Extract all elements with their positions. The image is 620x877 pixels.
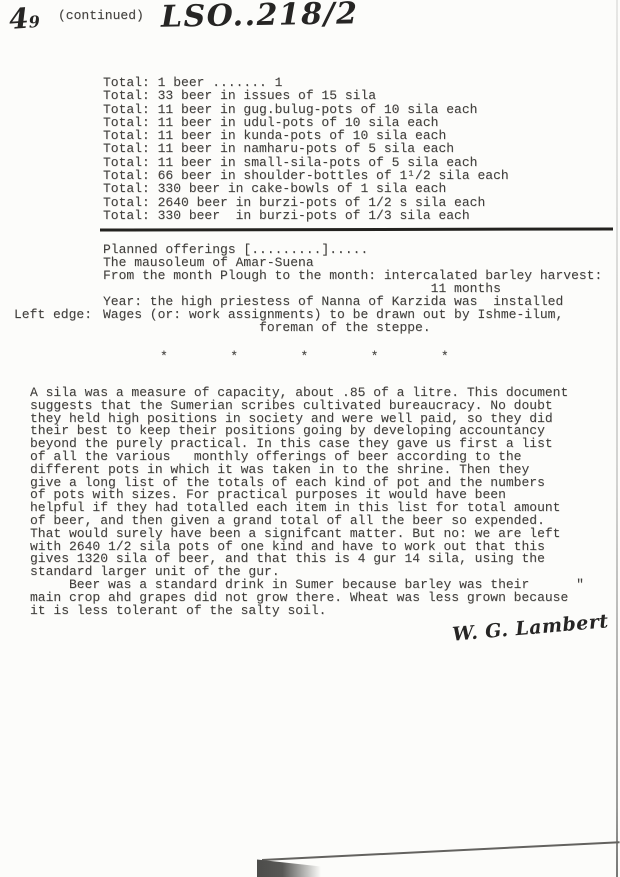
continued-label: (continued) — [58, 9, 144, 22]
scan-artifact-dark-blob — [257, 858, 321, 877]
asterisk-separator: * * * * * — [160, 350, 449, 363]
scan-paper-edge-line — [616, 0, 618, 877]
totals-line: Total: 11 beer in gug.bulug-pots of 10 s… — [103, 103, 509, 116]
offerings-line: foreman of the steppe. — [103, 321, 602, 334]
totals-line: Total: 66 beer in shoulder-bottles of 1¹… — [103, 169, 509, 182]
totals-line: Total: 11 beer in small-sila-pots of 5 s… — [103, 156, 509, 169]
left-edge-margin-note: Left edge: — [14, 308, 92, 321]
handwritten-page-number: 49 — [8, 1, 41, 36]
totals-line: Total: 11 beer in udul-pots of 10 sila e… — [103, 116, 509, 129]
horizontal-divider-line — [100, 227, 613, 231]
totals-line: Total: 2640 beer in burzi-pots of 1/2 s … — [103, 196, 509, 209]
totals-list: Total: 1 beer ....... 1 Total: 33 beer i… — [103, 76, 509, 222]
totals-line: Total: 330 beer in cake-bowls of 1 sila … — [103, 182, 509, 195]
totals-line: Total: 11 beer in namharu-pots of 5 sila… — [103, 142, 509, 155]
totals-line: Total: 330 beer in burzi-pots of 1/3 sil… — [103, 209, 509, 222]
commentary-text: A sila was a measure of capacity, about … — [30, 387, 584, 617]
totals-line: Total: 33 beer in issues of 15 sila — [103, 89, 509, 102]
handwritten-document-reference: LSO..218/2 — [161, 0, 359, 35]
scanned-document-page: 49 (continued) LSO..218/2 Total: 1 beer … — [0, 0, 620, 877]
scan-artifact-diagonal-line — [262, 841, 620, 861]
commentary-line: it is less tolerant of the salty soil. — [30, 605, 584, 618]
totals-line: Total: 1 beer ....... 1 — [103, 76, 509, 89]
totals-line: Total: 11 beer in kunda-pots of 10 sila … — [103, 129, 509, 142]
planned-offerings-section: Planned offerings [.........]..... The m… — [103, 243, 602, 334]
